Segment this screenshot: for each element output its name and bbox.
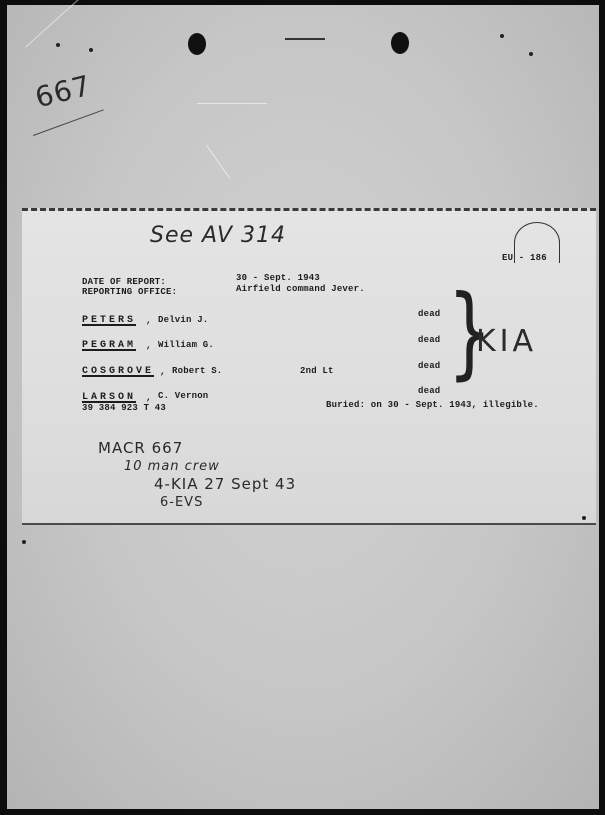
punch-hole-left xyxy=(188,33,206,55)
crew-comma: , xyxy=(160,367,166,377)
speck xyxy=(500,34,504,38)
crew-comma: , xyxy=(146,316,152,326)
date-of-report-value: 30 - Sept. 1943 xyxy=(236,273,320,283)
handwritten-note-line-2: 10 man crew xyxy=(124,459,220,474)
scratch xyxy=(197,103,267,104)
crew-status: dead xyxy=(418,335,440,345)
crew-status: dead xyxy=(418,309,440,319)
speck xyxy=(582,516,586,520)
crew-status: dead xyxy=(418,361,440,371)
crew-surname: LARSON xyxy=(82,392,136,403)
speck xyxy=(56,43,60,47)
reporting-office-value: Airfield command Jever. xyxy=(236,284,365,294)
crew-surname: COSGROVE xyxy=(82,366,154,377)
burial-note: Buried: on 30 - Sept. 1943, illegible. xyxy=(326,400,539,410)
handwritten-note-line-3: 4-KIA 27 Sept 43 xyxy=(154,475,296,493)
crew-surname: PEGRAM xyxy=(82,340,136,351)
crew-surname: PETERS xyxy=(82,315,136,326)
speck xyxy=(529,52,533,56)
crew-comma: , xyxy=(146,393,152,403)
corner-annotation: 667 xyxy=(32,69,95,115)
speck xyxy=(89,48,93,52)
staple-mark xyxy=(285,38,325,40)
handwritten-note-line-1: MACR 667 xyxy=(98,439,183,457)
crew-serial: 39 384 923 T 43 xyxy=(82,403,166,413)
header-annotation: See AV 314 xyxy=(150,223,286,248)
crew-given-name: C. Vernon xyxy=(158,391,208,401)
pencil-arc-mark xyxy=(514,222,560,263)
kia-annotation: KIA xyxy=(476,324,537,359)
crew-comma: , xyxy=(146,341,152,351)
crew-given-name: William G. xyxy=(158,340,214,350)
crew-given-name: Delvin J. xyxy=(158,315,208,325)
crew-given-name: Robert S. xyxy=(172,366,222,376)
handwritten-note-line-4: 6-EVS xyxy=(160,495,203,510)
report-card: See AV 314 EU - 186 DATE OF REPORT: 30 -… xyxy=(22,208,596,525)
reporting-office-label: REPORTING OFFICE: xyxy=(82,287,177,297)
crew-rank: 2nd Lt xyxy=(300,366,334,376)
punch-hole-right xyxy=(391,32,409,54)
crew-status: dead xyxy=(418,386,440,396)
scratch xyxy=(25,0,81,48)
date-of-report-label: DATE OF REPORT: xyxy=(82,277,166,287)
speck xyxy=(22,540,26,544)
scratch xyxy=(206,145,230,178)
